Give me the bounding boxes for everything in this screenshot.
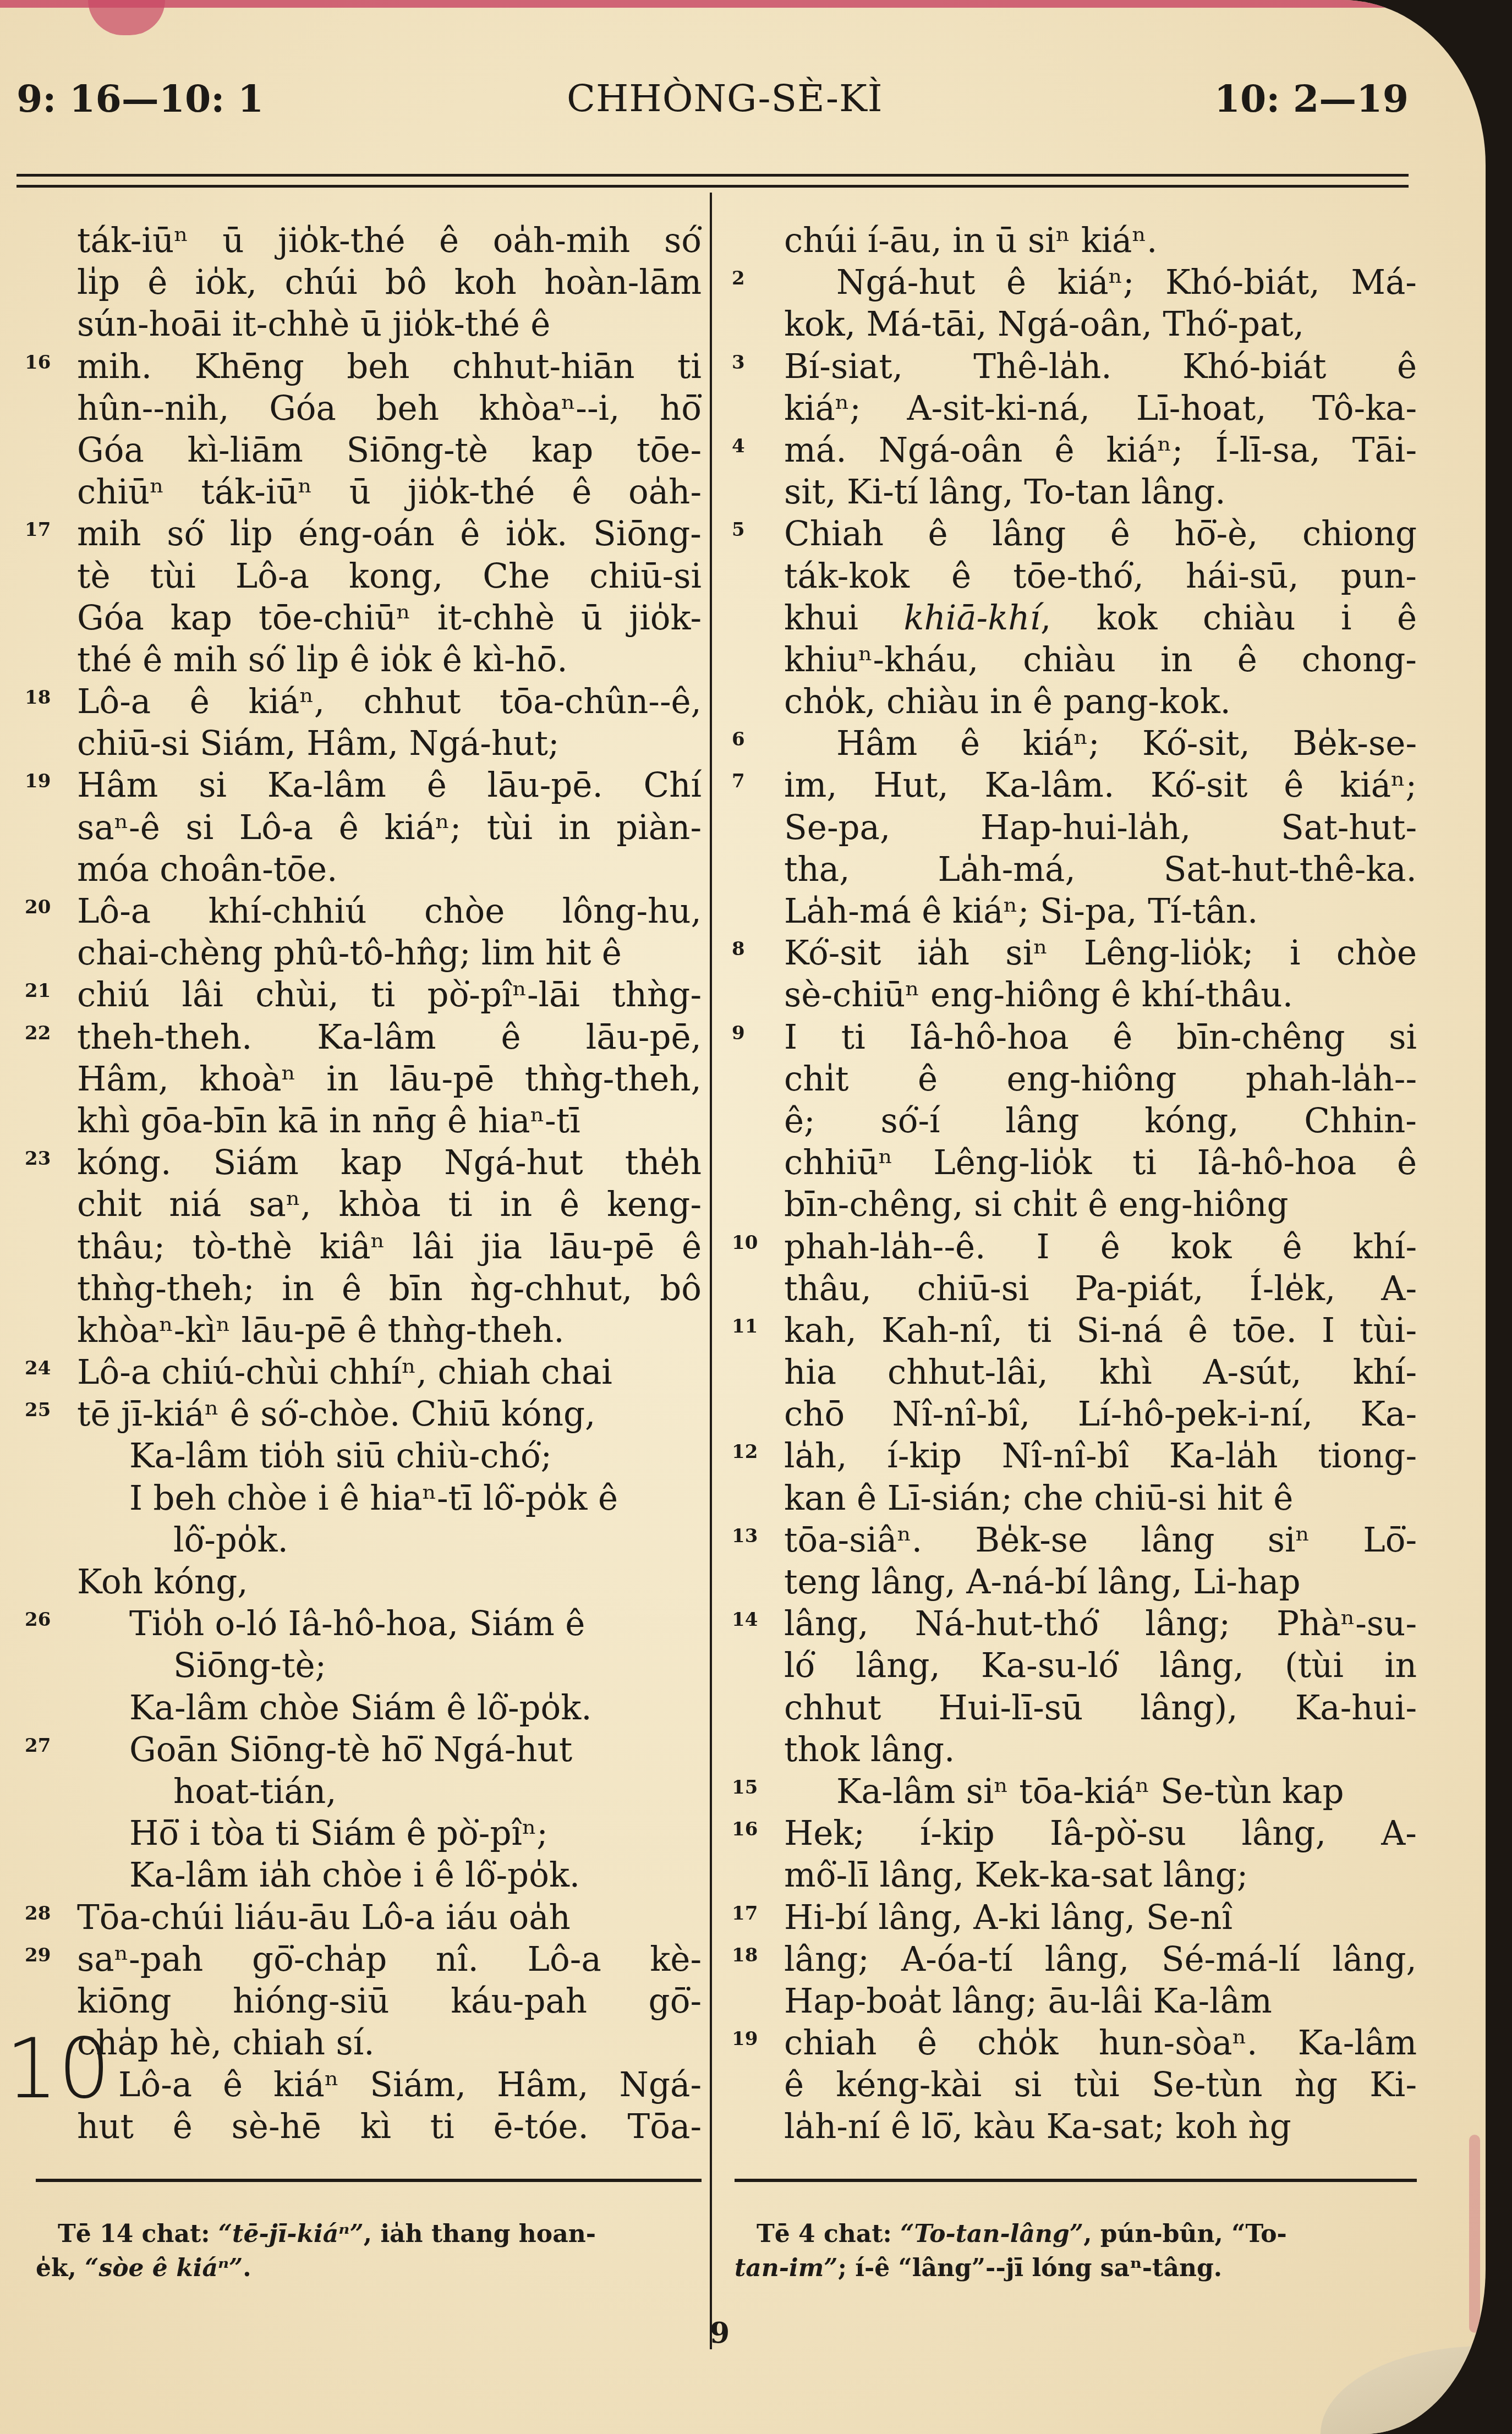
- verse-text: chiah ê cho̍k hun-sòaⁿ. Ka-lâm: [784, 2022, 1417, 2064]
- verse-text: la̍h, í-kip Nî-nî-bî Ka-la̍h tiong-: [784, 1435, 1417, 1477]
- text-line: li̍p ê io̍k, chúi bô koh hoàn-lām: [25, 262, 702, 304]
- text-line: Ka-lâm ia̍h chòe i ê lô͘-po̍k.: [25, 1855, 702, 1896]
- verse-number: 24: [25, 1347, 51, 1389]
- verse-text: hûn--nih, Góa beh khòaⁿ--i, hō͘: [77, 388, 702, 430]
- text-line: La̍h-má ê kiáⁿ; Si-pa, Tí-tân.: [732, 891, 1417, 933]
- page-number: 9: [710, 2316, 730, 2350]
- verse-text: Ka-lâm chòe Siám ê lô͘-po̍k.: [129, 1687, 702, 1729]
- verse-number: 4: [732, 425, 745, 467]
- text-line: khiuⁿ-kháu, chiàu in ê chong-: [732, 639, 1417, 681]
- text-line: 7im, Hut, Ka-lâm. Kó͘-sit ê kiáⁿ;: [732, 765, 1417, 807]
- verse-text: kan ê Lī-sián; che chiū-si hit ê: [784, 1478, 1417, 1520]
- verse-number: 11: [732, 1306, 758, 1347]
- verse-text: lâng, Ná-hut-thó͘ lâng; Phàⁿ-su-: [784, 1603, 1417, 1645]
- verse-text: Hap-boa̍t lâng; āu-lâi Ka-lâm: [784, 1981, 1417, 2022]
- text-line: Koh kóng,: [25, 1561, 702, 1603]
- footnote-text: ; í-ê “lâng”--jī lóng saⁿ-tâng.: [838, 2254, 1222, 2282]
- red-edge-stain: [0, 0, 1486, 8]
- verse-number: 28: [25, 1893, 51, 1934]
- text-line: 20Lô-a khí-chhiú chòe lông-hu,: [25, 891, 702, 933]
- verse-text: Goān Siōng-tè hō͘ Ngá-hut: [129, 1729, 702, 1771]
- verse-number: 12: [732, 1431, 758, 1473]
- verse-text: mô͘-lī lâng, Kek-ka-sat lâng;: [784, 1855, 1417, 1896]
- verse-text: I beh chòe i ê hiaⁿ-tī lô͘-po̍k ê: [129, 1478, 702, 1520]
- verse-text: Hâm ê kiáⁿ; Kó͘-sit, Be̍k-se-: [784, 723, 1417, 765]
- text-line: khì gōa-bīn kā in nn̄g ê hiaⁿ-tī: [25, 1100, 702, 1142]
- verse-number: 27: [25, 1725, 51, 1767]
- footnote-text: Tē 4 chat:: [757, 2220, 900, 2248]
- text-line: 16mih. Khēng beh chhut-hiān ti: [25, 346, 702, 388]
- verse-number: 25: [25, 1389, 51, 1431]
- text-line: Hâm, khoàⁿ in lāu-pē thǹg-theh,: [25, 1059, 702, 1100]
- verse-text: hia chhut-lâi, khì A-sút, khí-: [784, 1352, 1417, 1394]
- verse-text: sit, Ki-tí lâng, To-tan lâng.: [784, 472, 1417, 513]
- text-line: bīn-chêng, si chi̍t ê eng-hiông: [732, 1184, 1417, 1226]
- text-line: chhiūⁿ Lêng-lio̍k ti Iâ-hô-hoa ê: [732, 1142, 1417, 1184]
- verse-number: 26: [25, 1599, 51, 1641]
- footnote-rule-right: [735, 2179, 1417, 2182]
- verse-text: Hâm, khoàⁿ in lāu-pē thǹg-theh,: [77, 1059, 702, 1100]
- text-line: sit, Ki-tí lâng, To-tan lâng.: [732, 472, 1417, 513]
- verse-number: 9: [732, 1012, 745, 1054]
- text-line: mô͘-lī lâng, Kek-ka-sat lâng;: [732, 1855, 1417, 1896]
- text-line: thâu, chiū-si Pa-piát, Í-le̍k, A-: [732, 1268, 1417, 1310]
- verse-text: Hō͘ i tòa ti Siám ê pò͘-pîⁿ;: [129, 1813, 702, 1855]
- verse-text: chiū-si Siám, Hâm, Ngá-hut;: [77, 723, 702, 765]
- right-edge-stain: [1469, 2135, 1480, 2333]
- verse-text: chhut Hui-lī-sū lâng), Ka-hui-: [784, 1687, 1417, 1729]
- verse-text: tōa-siâⁿ. Be̍k-se lâng siⁿ Lō͘-: [784, 1520, 1417, 1561]
- footnote-text: Tē 14 chat:: [58, 2220, 218, 2248]
- text-line: 17mih só͘ li̍p éng-oán ê io̍k. Siōng-: [25, 513, 702, 555]
- verse-text: sè-chiūⁿ eng-hiông ê khí-thâu.: [784, 974, 1417, 1016]
- text-line: 25tē jī-kiáⁿ ê só͘-chòe. Chiū kóng,: [25, 1394, 702, 1435]
- verse-text: kok, Má-tāi, Ngá-oân, Thó͘-pat,: [784, 304, 1417, 346]
- chapter-opening-text: hut ê sè-hē kì ti ē-tóe. Tōa-: [77, 2106, 702, 2148]
- header-right-reference: 10: 2—19: [1214, 77, 1409, 121]
- verse-text: bīn-chêng, si chi̍t ê eng-hiông: [784, 1184, 1417, 1226]
- text-line: ê; só͘-í lâng kóng, Chhin-: [732, 1100, 1417, 1142]
- verse-text: ló͘ lâng, Ka-su-ló͘ lâng, (tùi in: [784, 1645, 1417, 1687]
- verse-number: 7: [732, 760, 745, 802]
- verse-number: 21: [25, 970, 51, 1012]
- verse-text: Ka-lâm tio̍h siū chiù-chó͘;: [129, 1435, 702, 1477]
- text-line: tha, La̍h-má, Sat-hut-thê-ka.: [732, 849, 1417, 891]
- text-line: chúi í-āu, in ū siⁿ kiáⁿ.: [732, 220, 1417, 262]
- text-line: 29saⁿ-pah gō͘-cha̍p nî. Lô-a kè-: [25, 1939, 702, 1981]
- footnote-italic-term: “To-tan-lâng”: [900, 2220, 1083, 2248]
- red-stain-blob: [88, 0, 165, 35]
- text-line: khui khiā-khí, kok chiàu i ê: [732, 597, 1417, 639]
- text-line: chiū-si Siám, Hâm, Ngá-hut;: [25, 723, 702, 765]
- text-line: I beh chòe i ê hiaⁿ-tī lô͘-po̍k ê: [25, 1478, 702, 1520]
- text-line: Góa kì-liām Siōng-tè kap tōe-: [25, 430, 702, 472]
- text-line: chai-chèng phû-tô-hn̂g; lim hit ê: [25, 933, 702, 974]
- chapter-number: 10: [6, 2028, 111, 2110]
- text-line: kan ê Lī-sián; che chiū-si hit ê: [732, 1478, 1417, 1520]
- verse-text: saⁿ-ê si Lô-a ê kiáⁿ; tùi in piàn-: [77, 807, 702, 849]
- verse-number: 13: [732, 1515, 758, 1557]
- text-line: Hō͘ i tòa ti Siám ê pò͘-pîⁿ;: [25, 1813, 702, 1855]
- text-line: 18lâng; A-óa-tí lâng, Sé-má-lí lâng,: [732, 1939, 1417, 1981]
- text-line: 3Bí-siat, Thê-la̍h. Khó-biát ê: [732, 346, 1417, 388]
- text-line: 4má. Ngá-oân ê kiáⁿ; Í-lī-sa, Tāi-: [732, 430, 1417, 472]
- verse-text: hoat-tián,: [173, 1771, 702, 1813]
- text-line: 16Hek; í-kip Iâ-pò͘-su lâng, A-: [732, 1813, 1417, 1855]
- verse-text: kiōng hióng-siū káu-pah gō͘-: [77, 1981, 702, 2022]
- verse-text: má. Ngá-oân ê kiáⁿ; Í-lī-sa, Tāi-: [784, 430, 1417, 472]
- verse-text: kiáⁿ; A-sit-ki-ná, Lī-hoat, Tô-ka-: [784, 388, 1417, 430]
- verse-text: Hâm si Ka-lâm ê lāu-pē. Chí: [77, 765, 702, 807]
- verse-number: 29: [25, 1934, 51, 1976]
- verse-number: 23: [25, 1138, 51, 1180]
- text-line: chhut Hui-lī-sū lâng), Ka-hui-: [732, 1687, 1417, 1729]
- footnote-text: e̍k,: [36, 2254, 85, 2282]
- verse-text: Tio̍h o-ló Iâ-hô-hoa, Siám ê: [129, 1603, 702, 1645]
- verse-text: Ngá-hut ê kiáⁿ; Khó-biát, Má-: [784, 262, 1417, 304]
- footnote-italic-term: tan-im”: [735, 2254, 838, 2282]
- verse-number: 6: [732, 719, 745, 760]
- text-line: 5Chiah ê lâng ê hō͘-è, chiong: [732, 513, 1417, 555]
- text-line: 14lâng, Ná-hut-thó͘ lâng; Phàⁿ-su-: [732, 1603, 1417, 1645]
- chapter-text-line: Lô-a ê kiáⁿ Siám, Hâm, Ngá-: [25, 2064, 702, 2106]
- verse-text: cho̍k, chiàu in ê pang-kok.: [784, 681, 1417, 723]
- footnote-text: , pún-bûn, “To-: [1083, 2220, 1287, 2248]
- book-title: CHHÒNG-SÈ-KÌ: [567, 77, 883, 120]
- verse-text: ê kéng-kài si tùi Se-tùn ǹg Ki-: [784, 2064, 1417, 2106]
- text-line: thâu; tò-thè kiâⁿ lâi jia lāu-pē ê: [25, 1226, 702, 1268]
- verse-text: tha, La̍h-má, Sat-hut-thê-ka.: [784, 849, 1417, 891]
- footnote-right: Tē 4 chat: “To-tan-lâng”, pún-bûn, “To- …: [735, 2217, 1417, 2285]
- right-text-column: chúi í-āu, in ū siⁿ kiáⁿ.2Ngá-hut ê kiáⁿ…: [732, 220, 1417, 2148]
- text-line: thé ê mih só͘ li̍p ê io̍k ê kì-hō.: [25, 639, 702, 681]
- text-line: kiáⁿ; A-sit-ki-ná, Lī-hoat, Tô-ka-: [732, 388, 1417, 430]
- verse-text: chi̍t ê eng-hiông phah-la̍h--: [784, 1059, 1417, 1100]
- header-rule-bottom: [17, 185, 1409, 188]
- text-line: móa choân-tōe.: [25, 849, 702, 891]
- text-line: chi̍t niá saⁿ, khòa ti in ê keng-: [25, 1184, 702, 1226]
- footnote-rule-left: [36, 2179, 702, 2182]
- text-line: khòaⁿ-kìⁿ lāu-pē ê thǹg-theh.: [25, 1310, 702, 1352]
- verse-text: saⁿ-pah gō͘-cha̍p nî. Lô-a kè-: [77, 1939, 702, 1981]
- verse-number: 20: [25, 886, 51, 928]
- text-line: hia chhut-lâi, khì A-sút, khí-: [732, 1352, 1417, 1394]
- footnote-italic-term: “tē-jī-kiáⁿ”: [218, 2220, 364, 2248]
- verse-text: khì gōa-bīn kā in nn̄g ê hiaⁿ-tī: [77, 1100, 702, 1142]
- verse-text: tē jī-kiáⁿ ê só͘-chòe. Chiū kóng,: [77, 1394, 702, 1435]
- verse-text: Kó͘-sit ia̍h siⁿ Lêng-lio̍k; i chòe: [784, 933, 1417, 974]
- verse-text: chai-chèng phû-tô-hn̂g; lim hit ê: [77, 933, 702, 974]
- verse-number: 19: [732, 2018, 758, 2060]
- text-line: 9I ti Iâ-hô-hoa ê bīn-chêng si: [732, 1017, 1417, 1059]
- text-line: saⁿ-ê si Lô-a ê kiáⁿ; tùi in piàn-: [25, 807, 702, 849]
- footnote-text: , ia̍h thang hoan-: [364, 2220, 596, 2248]
- verse-number: 18: [732, 1934, 758, 1976]
- footnote-italic-term: “sòe ê kiáⁿ”: [85, 2254, 243, 2282]
- verse-text: I ti Iâ-hô-hoa ê bīn-chêng si: [784, 1017, 1417, 1059]
- verse-text: la̍h-ní ê lō͘, kàu Ka-sat; koh ǹg: [784, 2106, 1417, 2148]
- verse-text: Góa kap tōe-chiūⁿ it-chhè ū jio̍k-: [77, 597, 702, 639]
- verse-text: móa choân-tōe.: [77, 849, 702, 891]
- verse-text: Góa kì-liām Siōng-tè kap tōe-: [77, 430, 702, 472]
- verse-text: kah, Kah-nî, ti Si-ná ê tōe. I tùi-: [784, 1310, 1417, 1352]
- text-line: 24Lô-a chiú-chùi chhíⁿ, chiah chai: [25, 1352, 702, 1394]
- verse-text: khiuⁿ-kháu, chiàu in ê chong-: [784, 639, 1417, 681]
- text-line: hoat-tián,: [25, 1771, 702, 1813]
- verse-text: lô͘-po̍k.: [173, 1520, 702, 1561]
- verse-text: Koh kóng,: [77, 1561, 702, 1603]
- text-line: 13tōa-siâⁿ. Be̍k-se lâng siⁿ Lō͘-: [732, 1520, 1417, 1561]
- verse-text: Hek; í-kip Iâ-pò͘-su lâng, A-: [784, 1813, 1417, 1855]
- text-line: Hap-boa̍t lâng; āu-lâi Ka-lâm: [732, 1981, 1417, 2022]
- text-line: kok, Má-tāi, Ngá-oân, Thó͘-pat,: [732, 304, 1417, 346]
- verse-text: lâng; A-óa-tí lâng, Sé-má-lí lâng,: [784, 1939, 1417, 1981]
- text-line: ê kéng-kài si tùi Se-tùn ǹg Ki-: [732, 2064, 1417, 2106]
- page-curl: [1321, 2346, 1486, 2434]
- verse-number: 22: [25, 1012, 51, 1054]
- text-line: Siōng-tè;: [25, 1645, 702, 1687]
- verse-text: Se-pa, Hap-hui-la̍h, Sat-hut-: [784, 807, 1417, 849]
- verse-text: phah-la̍h--ê. I ê kok ê khí-: [784, 1226, 1417, 1268]
- text-line: Ka-lâm chòe Siám ê lô͘-po̍k.: [25, 1687, 702, 1729]
- text-line: thǹg-theh; in ê bīn ǹg-chhut, bô: [25, 1268, 702, 1310]
- verse-text: Lô-a ê kiáⁿ, chhut tōa-chûn--ê,: [77, 681, 702, 723]
- verse-text: Ka-lâm siⁿ tōa-kiáⁿ Se-tùn kap: [784, 1771, 1417, 1813]
- verse-text: khòaⁿ-kìⁿ lāu-pē ê thǹg-theh.: [77, 1310, 702, 1352]
- verse-text: Siōng-tè;: [173, 1645, 702, 1687]
- verse-text: Lô-a chiú-chùi chhíⁿ, chiah chai: [77, 1352, 702, 1394]
- text-line: 12la̍h, í-kip Nî-nî-bî Ka-la̍h tiong-: [732, 1435, 1417, 1477]
- verse-number: 17: [25, 509, 51, 551]
- header-rule-top: [17, 174, 1409, 177]
- verse-text: ê; só͘-í lâng kóng, Chhin-: [784, 1100, 1417, 1142]
- verse-number: 3: [732, 342, 745, 383]
- verse-text: thǹg-theh; in ê bīn ǹg-chhut, bô: [77, 1268, 702, 1310]
- text-line: 18Lô-a ê kiáⁿ, chhut tōa-chûn--ê,: [25, 681, 702, 723]
- text-line: 21chiú lâi chùi, ti pò͘-pîⁿ-lāi thǹg-: [25, 974, 702, 1016]
- book-page: 9: 16—10: 1 CHHÒNG-SÈ-KÌ 10: 2—19 ták-iū…: [0, 0, 1486, 2434]
- verse-number: 8: [732, 928, 745, 970]
- verse-text: chiūⁿ ták-iūⁿ ū jio̍k-thé ê oa̍h-: [77, 472, 702, 513]
- text-line: 17Hi-bí lâng, A-ki lâng, Se-nî: [732, 1897, 1417, 1939]
- text-line: sún-hoāi it-chhè ū jio̍k-thé ê: [25, 304, 702, 346]
- text-line: 28Tōa-chúi liáu-āu Lô-a iáu oa̍h: [25, 1897, 702, 1939]
- verse-text: Lô-a khí-chhiú chòe lông-hu,: [77, 891, 702, 933]
- text-line: chō Nî-nî-bî, Lí-hô-pek-i-ní, Ka-: [732, 1394, 1417, 1435]
- verse-text: ták-iūⁿ ū jio̍k-thé ê oa̍h-mih só͘: [77, 220, 702, 262]
- verse-number: 15: [732, 1767, 758, 1808]
- text-line: Ka-lâm tio̍h siū chiù-chó͘;: [25, 1435, 702, 1477]
- verse-number: 10: [732, 1222, 758, 1264]
- verse-text: kóng. Siám kap Ngá-hut the̍h: [77, 1142, 702, 1184]
- verse-text: khui khiā-khí, kok chiàu i ê: [784, 597, 1417, 639]
- verse-text: La̍h-má ê kiáⁿ; Si-pa, Tí-tân.: [784, 891, 1417, 933]
- verse-text: im, Hut, Ka-lâm. Kó͘-sit ê kiáⁿ;: [784, 765, 1417, 807]
- header-left-reference: 9: 16—10: 1: [17, 77, 264, 121]
- footnote-text: .: [243, 2254, 251, 2282]
- text-line: hûn--nih, Góa beh khòaⁿ--i, hō͘: [25, 388, 702, 430]
- text-line: 23kóng. Siám kap Ngá-hut the̍h: [25, 1142, 702, 1184]
- verse-text: sún-hoāi it-chhè ū jio̍k-thé ê: [77, 304, 702, 346]
- text-line: 10phah-la̍h--ê. I ê kok ê khí-: [732, 1226, 1417, 1268]
- left-text-column: ták-iūⁿ ū jio̍k-thé ê oa̍h-mih só͘li̍p ê…: [25, 220, 702, 2148]
- verse-text: chi̍t niá saⁿ, khòa ti in ê keng-: [77, 1184, 702, 1226]
- verse-text: mih. Khēng beh chhut-hiān ti: [77, 346, 702, 388]
- verse-number: 18: [25, 677, 51, 719]
- text-line: ló͘ lâng, Ka-su-ló͘ lâng, (tùi in: [732, 1645, 1417, 1687]
- text-line: thok lâng.: [732, 1729, 1417, 1771]
- text-line: cho̍k, chiàu in ê pang-kok.: [732, 681, 1417, 723]
- verse-text: Tōa-chúi liáu-āu Lô-a iáu oa̍h: [77, 1897, 702, 1939]
- text-line: kiōng hióng-siū káu-pah gō͘-: [25, 1981, 702, 2022]
- verse-text: thé ê mih só͘ li̍p ê io̍k ê kì-hō.: [77, 639, 702, 681]
- verse-text: theh-theh. Ka-lâm ê lāu-pē,: [77, 1017, 702, 1059]
- text-line: chiūⁿ ták-iūⁿ ū jio̍k-thé ê oa̍h-: [25, 472, 702, 513]
- text-line: 22theh-theh. Ka-lâm ê lāu-pē,: [25, 1017, 702, 1059]
- text-line: 15Ka-lâm siⁿ tōa-kiáⁿ Se-tùn kap: [732, 1771, 1417, 1813]
- verse-text: thok lâng.: [784, 1729, 1417, 1771]
- verse-number: 16: [732, 1808, 758, 1850]
- verse-text: tè tùi Lô-a kong, Che chiū-si: [77, 556, 702, 597]
- verse-text: thâu, chiū-si Pa-piát, Í-le̍k, A-: [784, 1268, 1417, 1310]
- footnote-left: Tē 14 chat: “tē-jī-kiáⁿ”, ia̍h thang hoa…: [36, 2217, 702, 2285]
- verse-text: chiú lâi chùi, ti pò͘-pîⁿ-lāi thǹg-: [77, 974, 702, 1016]
- text-line: Góa kap tōe-chiūⁿ it-chhè ū jio̍k-: [25, 597, 702, 639]
- text-line: ták-kok ê tōe-thó͘, hái-sū, pun-: [732, 556, 1417, 597]
- text-line: 27Goān Siōng-tè hō͘ Ngá-hut: [25, 1729, 702, 1771]
- verse-text: thâu; tò-thè kiâⁿ lâi jia lāu-pē ê: [77, 1226, 702, 1268]
- running-header: 9: 16—10: 1 CHHÒNG-SÈ-KÌ 10: 2—19: [17, 77, 1409, 127]
- verse-text: cha̍p hè, chiah sí.: [77, 2022, 702, 2064]
- verse-text: ták-kok ê tōe-thó͘, hái-sū, pun-: [784, 556, 1417, 597]
- verse-text: teng lâng, A-ná-bí lâng, Li-hap: [784, 1561, 1417, 1603]
- text-line: lô͘-po̍k.: [25, 1520, 702, 1561]
- italic-term: khiā-khí: [903, 599, 1040, 638]
- verse-text: Chiah ê lâng ê hō͘-è, chiong: [784, 513, 1417, 555]
- verse-text: chō Nî-nî-bî, Lí-hô-pek-i-ní, Ka-: [784, 1394, 1417, 1435]
- verse-text: chúi í-āu, in ū siⁿ kiáⁿ.: [784, 220, 1417, 262]
- text-line: chi̍t ê eng-hiông phah-la̍h--: [732, 1059, 1417, 1100]
- verse-text: mih só͘ li̍p éng-oán ê io̍k. Siōng-: [77, 513, 702, 555]
- verse-number: 5: [732, 509, 745, 551]
- text-line: 6Hâm ê kiáⁿ; Kó͘-sit, Be̍k-se-: [732, 723, 1417, 765]
- chapter-text-line: hut ê sè-hē kì ti ē-tóe. Tōa-: [25, 2106, 702, 2148]
- text-line: sè-chiūⁿ eng-hiông ê khí-thâu.: [732, 974, 1417, 1016]
- text-line: Se-pa, Hap-hui-la̍h, Sat-hut-: [732, 807, 1417, 849]
- verse-text: Hi-bí lâng, A-ki lâng, Se-nî: [784, 1897, 1417, 1939]
- text-line: 26Tio̍h o-ló Iâ-hô-hoa, Siám ê: [25, 1603, 702, 1645]
- verse-number: 16: [25, 342, 51, 383]
- column-divider: [710, 193, 712, 2349]
- verse-text: li̍p ê io̍k, chúi bô koh hoàn-lām: [77, 262, 702, 304]
- text-line: teng lâng, A-ná-bí lâng, Li-hap: [732, 1561, 1417, 1603]
- text-line: 11kah, Kah-nî, ti Si-ná ê tōe. I tùi-: [732, 1310, 1417, 1352]
- text-line: la̍h-ní ê lō͘, kàu Ka-sat; koh ǹg: [732, 2106, 1417, 2148]
- verse-text: chhiūⁿ Lêng-lio̍k ti Iâ-hô-hoa ê: [784, 1142, 1417, 1184]
- text-line: cha̍p hè, chiah sí.: [25, 2022, 702, 2064]
- text-line: ták-iūⁿ ū jio̍k-thé ê oa̍h-mih só͘: [25, 220, 702, 262]
- text-line: 8Kó͘-sit ia̍h siⁿ Lêng-lio̍k; i chòe: [732, 933, 1417, 974]
- chapter-opening-text: Lô-a ê kiáⁿ Siám, Hâm, Ngá-: [118, 2064, 702, 2106]
- verse-number: 17: [732, 1893, 758, 1934]
- text-line: tè tùi Lô-a kong, Che chiū-si: [25, 556, 702, 597]
- verse-number: 19: [25, 760, 51, 802]
- verse-number: 14: [732, 1599, 758, 1641]
- text-line: 19Hâm si Ka-lâm ê lāu-pē. Chí: [25, 765, 702, 807]
- verse-number: 2: [732, 257, 745, 299]
- text-line: 19chiah ê cho̍k hun-sòaⁿ. Ka-lâm: [732, 2022, 1417, 2064]
- text-line: 2Ngá-hut ê kiáⁿ; Khó-biát, Má-: [732, 262, 1417, 304]
- verse-text: Bí-siat, Thê-la̍h. Khó-biát ê: [784, 346, 1417, 388]
- verse-text: Ka-lâm ia̍h chòe i ê lô͘-po̍k.: [129, 1855, 702, 1896]
